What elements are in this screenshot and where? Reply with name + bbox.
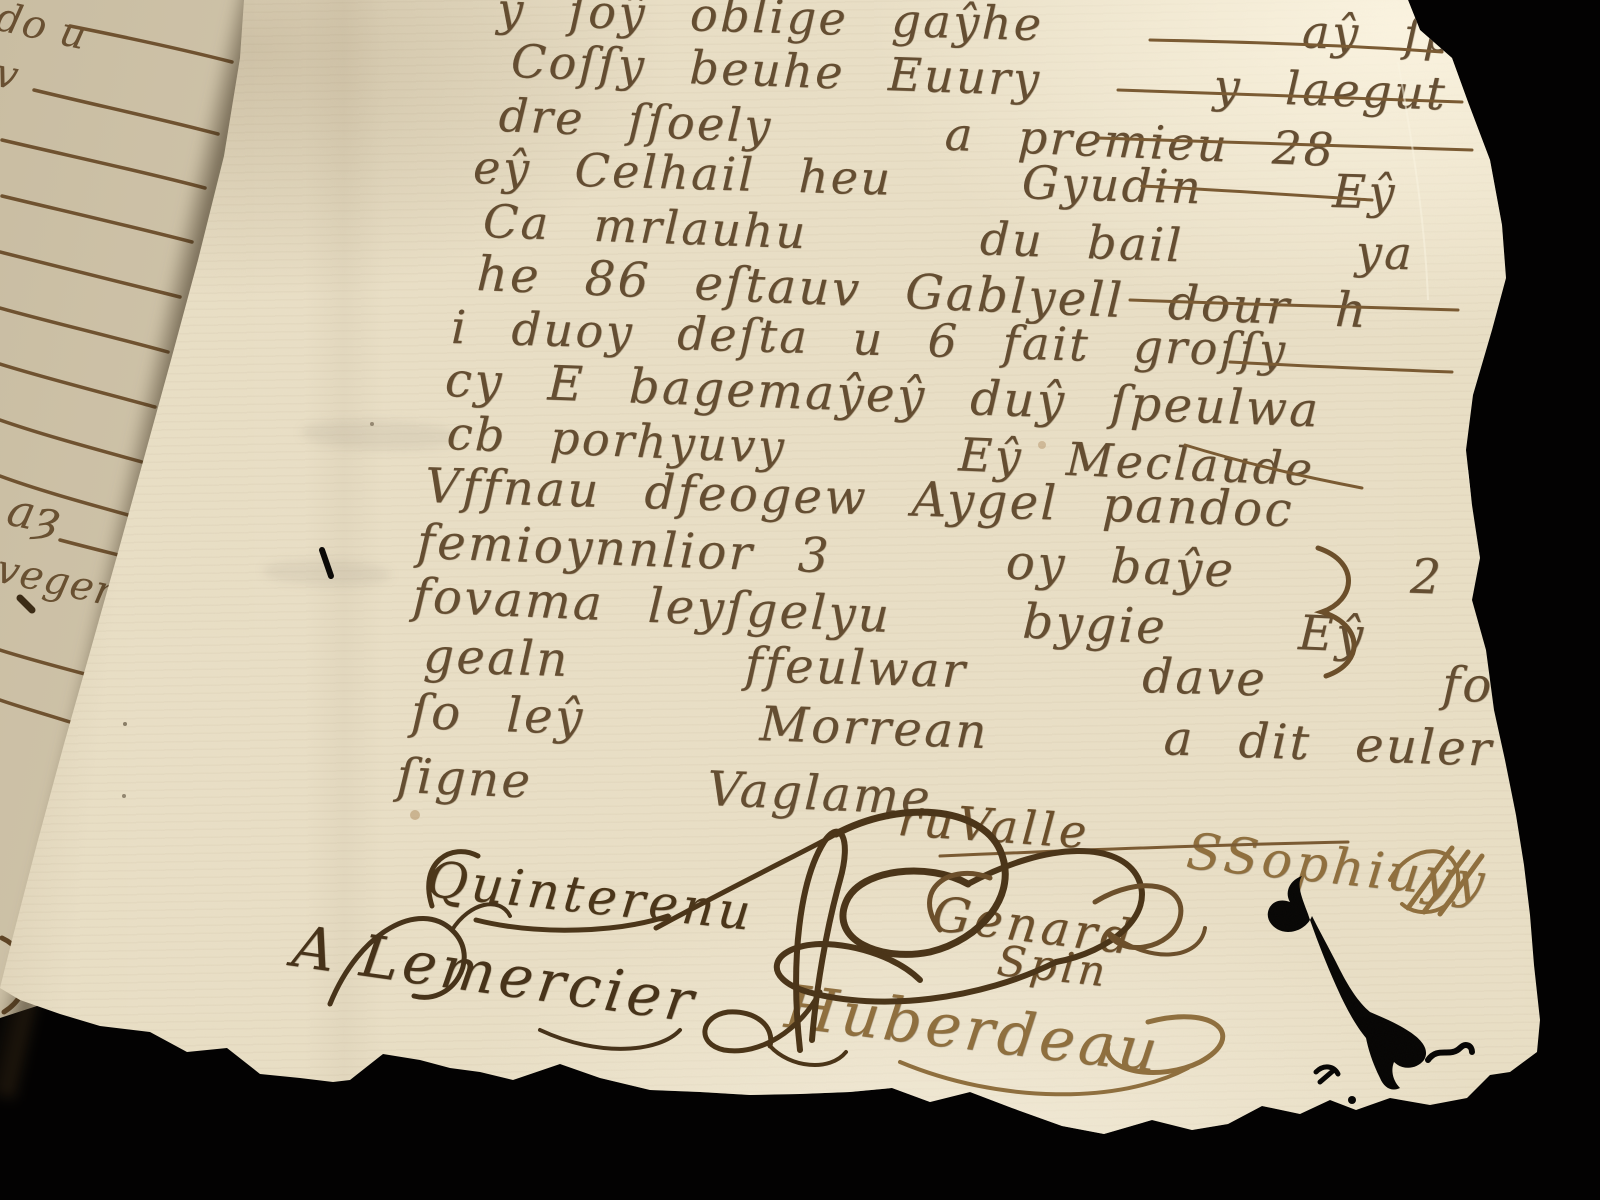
under-page-fragment: aȝ <box>3 482 66 546</box>
showthrough-smudge <box>262 558 393 589</box>
under-page-fragment: do u <box>0 0 92 60</box>
manuscript-page: ŷ ſoŷ oblige gaŷhe aŷ ſpuCoſſy beuhe Euu… <box>0 0 1600 1200</box>
ink-blot <box>1268 876 1472 1118</box>
signature-spin: Spin <box>995 936 1112 996</box>
script-line: ſigne Vaglame <box>396 748 934 826</box>
signature-lemercier: A Lemercier <box>289 912 702 1036</box>
crease-highlights <box>1398 62 1500 720</box>
signature-sophie: SSophiuyy <box>1184 822 1491 911</box>
showthrough-smudge <box>300 417 461 453</box>
photo-backdrop: do uvaȝveger. ŷ ſoŷ oblige gaŷhe aŷ ſpuC… <box>0 0 1600 1200</box>
signature-ruvalle: ruValle <box>896 792 1092 859</box>
bold-ink-mark <box>20 598 32 610</box>
under-page-fragment: v <box>0 50 23 100</box>
signature-quinterenu: Quinterenu <box>424 850 757 942</box>
signature-huberdeau: Huberdeau <box>781 972 1165 1088</box>
